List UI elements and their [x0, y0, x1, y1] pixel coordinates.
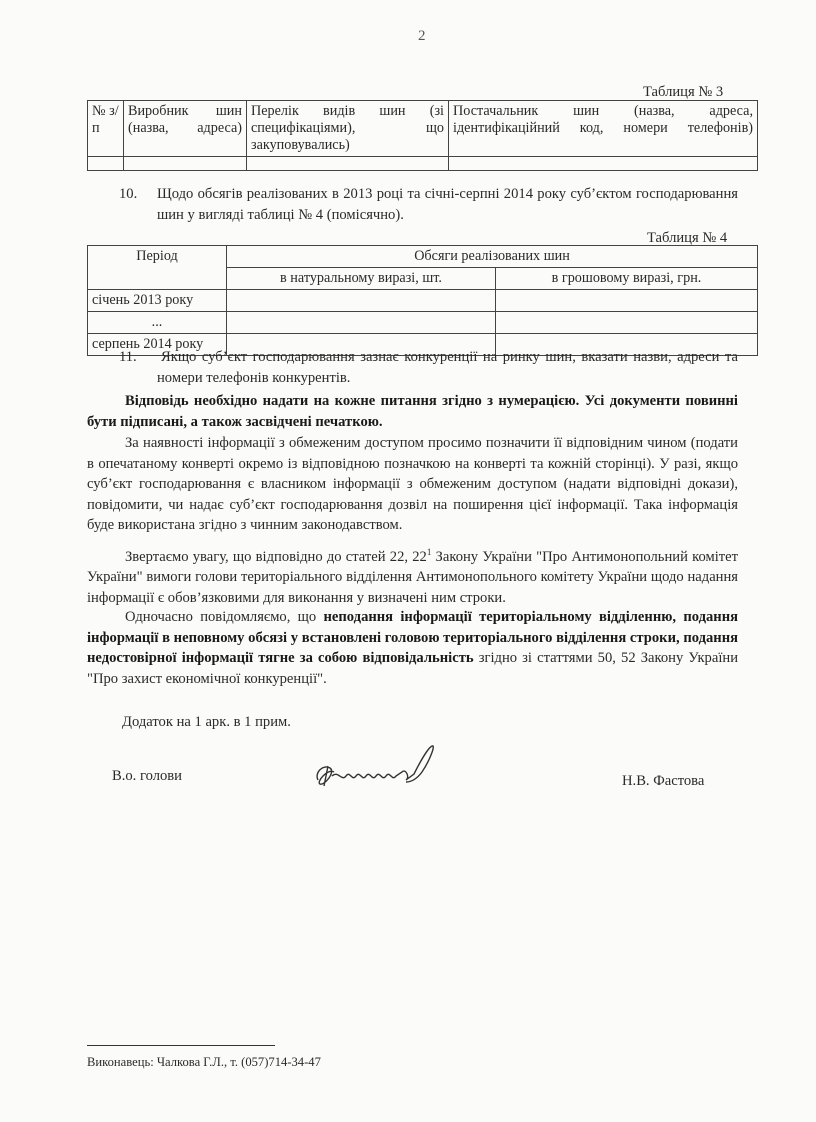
- restricted-info-paragraph: За наявності інформації з обмеженим дост…: [87, 433, 738, 536]
- attention-text-1: Звертаємо увагу, що відповідно до статей…: [125, 549, 427, 565]
- item-10: 10.Щодо обсягів реалізованих в 2013 році…: [87, 184, 738, 225]
- instruction-text: Відповідь необхідно надати на кожне пита…: [87, 393, 738, 430]
- footnote-divider: [87, 1045, 275, 1046]
- attachment-note: Додаток на 1 арк. в 1 прим.: [122, 712, 522, 733]
- table4-period-cell: ...: [88, 312, 227, 334]
- table4-cell[interactable]: [496, 290, 758, 312]
- table4-header-money: в грошовому виразі, грн.: [496, 268, 758, 290]
- table4-header-period: Період: [88, 246, 227, 290]
- table4-cell[interactable]: [227, 312, 496, 334]
- table-row: січень 2013 року: [88, 290, 758, 312]
- executor-info: Виконавець: Чалкова Г.Л., т. (057)714-34…: [87, 1055, 321, 1070]
- liability-notice-paragraph: Одночасно повідомляємо, що неподання інф…: [87, 607, 738, 689]
- notice-lead: Одночасно повідомляємо, що: [125, 609, 324, 625]
- instruction-paragraph: Відповідь необхідно надати на кожне пита…: [87, 391, 738, 432]
- item-11-number: 11.: [119, 347, 161, 368]
- handwritten-signature-icon: [310, 742, 440, 802]
- item-11: 11.Якщо суб’єкт господарювання зазнає ко…: [87, 347, 738, 388]
- table4-period-cell: січень 2013 року: [88, 290, 227, 312]
- table-4: Період Обсяги реалізованих шин в натурал…: [87, 245, 758, 356]
- item-11-text: Якщо суб’єкт господарювання зазнає конку…: [157, 349, 738, 386]
- table-row: [88, 157, 758, 171]
- table3-header-manufacturer: Виробник шин (назва, адреса): [124, 101, 247, 157]
- table-3: № з/п Виробник шин (назва, адреса) Перел…: [87, 100, 758, 171]
- page-number: 2: [418, 28, 426, 45]
- table4-header-group: Обсяги реалізованих шин: [227, 246, 758, 268]
- table3-header-number: № з/п: [88, 101, 124, 157]
- table3-header-supplier: Постачальник шин (назва, адреса, ідентиф…: [449, 101, 758, 157]
- table3-header-row: № з/п Виробник шин (назва, адреса) Перел…: [88, 101, 758, 157]
- table4-cell[interactable]: [496, 312, 758, 334]
- table3-header-tire-types: Перелік видів шин (зі специфікаціями), щ…: [247, 101, 449, 157]
- table3-cell[interactable]: [247, 157, 449, 171]
- table4-header-natural: в натуральному виразі, шт.: [227, 268, 496, 290]
- attention-paragraph: Звертаємо увагу, що відповідно до статей…: [87, 542, 738, 608]
- table3-cell[interactable]: [124, 157, 247, 171]
- table-row: ...: [88, 312, 758, 334]
- table3-cell[interactable]: [88, 157, 124, 171]
- signatory-name: Н.В. Фастова: [622, 773, 704, 790]
- table3-label: Таблиця № 3: [643, 84, 723, 101]
- item-10-number: 10.: [119, 184, 157, 205]
- table3-cell[interactable]: [449, 157, 758, 171]
- signatory-title: В.о. голови: [112, 768, 182, 785]
- item-10-text: Щодо обсягів реалізованих в 2013 році та…: [157, 186, 738, 223]
- table4-cell[interactable]: [227, 290, 496, 312]
